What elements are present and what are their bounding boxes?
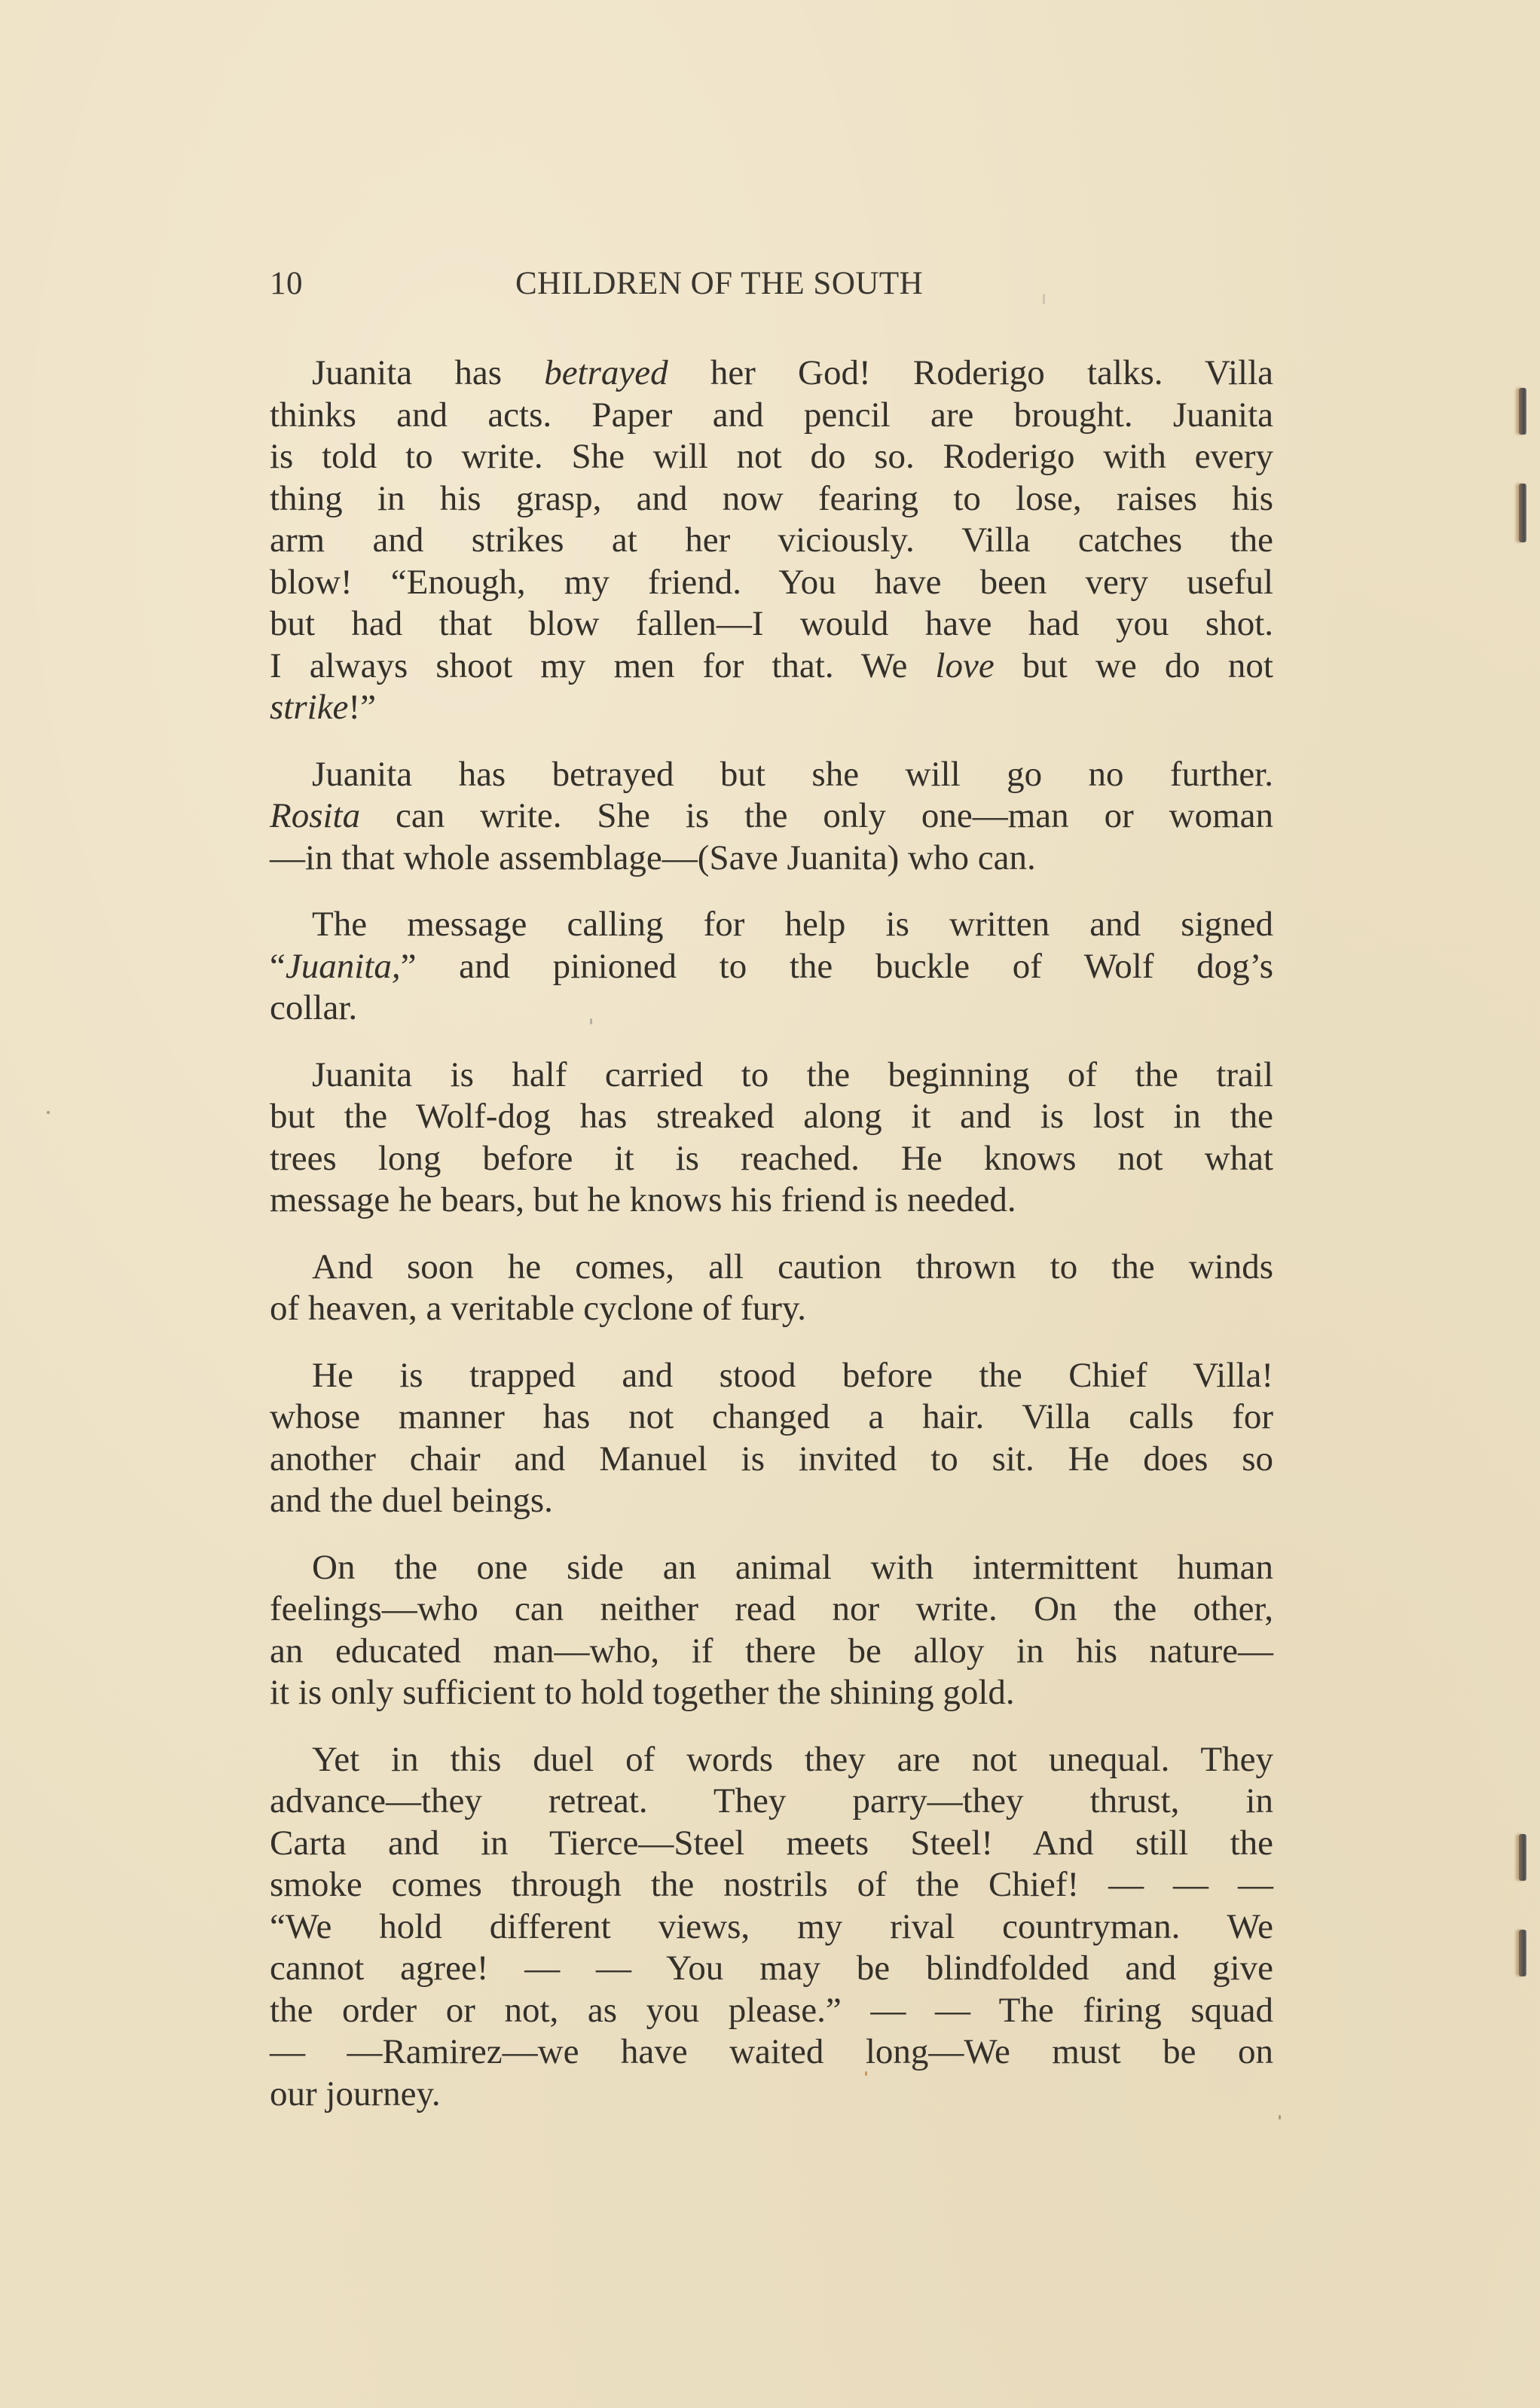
paragraph: And soon he comes, all caution thrown to… — [270, 1247, 1273, 1330]
italic-text: betrayed — [544, 353, 668, 392]
staple-mark — [1519, 1930, 1526, 1976]
paragraph: He is trapped and stood before the Chief… — [270, 1355, 1273, 1522]
text-line: whose manner has not changed a hair. Vil… — [270, 1396, 1273, 1439]
text-line: but had that blow fallen—I would have ha… — [270, 603, 1273, 645]
text-line: blow! “Enough, my friend. You have been … — [270, 562, 1273, 604]
italic-text: Rosita — [270, 796, 360, 835]
text-run: thing in his grasp, and now fearing to l… — [270, 479, 1273, 518]
paper-speck — [1279, 2115, 1281, 2120]
paper-speck — [865, 2071, 867, 2076]
text-run: but we do not — [995, 646, 1273, 685]
paragraph: Juanita has betrayed but she will go no … — [270, 754, 1273, 880]
text-line: On the one side an animal with intermitt… — [270, 1547, 1273, 1589]
italic-text: Juanita, — [286, 947, 401, 986]
text-run: cannot agree! — — You may be blindfolded… — [270, 1949, 1273, 1988]
text-run: collar. — [270, 988, 357, 1027]
text-line: is told to write. She will not do so. Ro… — [270, 436, 1273, 478]
text-line: Carta and in Tierce—Steel meets Steel! A… — [270, 1823, 1273, 1865]
text-line: Rosita can write. She is the only one—ma… — [270, 795, 1273, 838]
text-line: trees long before it is reached. He know… — [270, 1138, 1273, 1180]
text-line: and the duel beings. — [270, 1480, 1273, 1522]
text-run: And soon he comes, all caution thrown to… — [312, 1247, 1273, 1286]
text-line: advance—they retreat. They parry—they th… — [270, 1781, 1273, 1823]
text-run: feelings—who can neither read nor write.… — [270, 1589, 1273, 1628]
text-line: “We hold different views, my rival count… — [270, 1906, 1273, 1949]
staple-mark — [1519, 388, 1526, 435]
book-title: CHILDREN OF THE SOUTH — [515, 265, 923, 302]
paragraph: Juanita has betrayed her God! Roderigo t… — [270, 353, 1273, 729]
text-run: He is trapped and stood before the Chief… — [312, 1356, 1273, 1395]
italic-text: love — [935, 646, 994, 685]
text-line: strike!” — [270, 687, 1273, 729]
text-line: Yet in this duel of words they are not u… — [270, 1739, 1273, 1781]
running-head: 10 CHILDREN OF THE SOUTH — [270, 265, 1068, 310]
text-line: of heaven, a veritable cyclone of fury. — [270, 1288, 1273, 1330]
text-run: Juanita is half carried to the beginning… — [312, 1055, 1273, 1094]
text-run: “We hold different views, my rival count… — [270, 1907, 1273, 1946]
text-line: message he bears, but he knows his frien… — [270, 1180, 1273, 1222]
text-run: her God! Roderigo talks. Villa — [668, 353, 1273, 392]
page-number: 10 — [270, 265, 303, 302]
text-run: can write. She is the only one—man or wo… — [360, 796, 1273, 835]
text-run: thinks and acts. Paper and pencil are br… — [270, 395, 1273, 435]
text-line: And soon he comes, all caution thrown to… — [270, 1247, 1273, 1289]
text-run: “ — [270, 947, 286, 986]
text-run: advance—they retreat. They parry—they th… — [270, 1781, 1273, 1820]
text-line: thing in his grasp, and now fearing to l… — [270, 478, 1273, 520]
text-line: Juanita has betrayed her God! Roderigo t… — [270, 353, 1273, 395]
text-run: — —Ramirez—we have waited long—We must b… — [270, 2032, 1273, 2071]
text-line: feelings—who can neither read nor write.… — [270, 1589, 1273, 1631]
text-line: but the Wolf-dog has streaked along it a… — [270, 1096, 1273, 1138]
paper-speck — [1043, 294, 1045, 304]
text-run: I always shoot my men for that. We — [270, 646, 935, 685]
text-run: arm and strikes at her viciously. Villa … — [270, 520, 1273, 560]
text-run: ” and pinioned to the buckle of Wolf dog… — [401, 947, 1273, 986]
text-run: but the Wolf-dog has streaked along it a… — [270, 1097, 1273, 1136]
text-line: an educated man—who, if there be alloy i… — [270, 1631, 1273, 1673]
text-run: —in that whole assemblage—(Save Juanita)… — [270, 838, 1036, 877]
text-line: He is trapped and stood before the Chief… — [270, 1355, 1273, 1397]
text-run: and the duel beings. — [270, 1481, 553, 1520]
text-run: The message calling for help is written … — [312, 905, 1273, 944]
text-line: “Juanita,” and pinioned to the buckle of… — [270, 946, 1273, 988]
scanned-book-page: 10 CHILDREN OF THE SOUTH Juanita has bet… — [0, 0, 1540, 2408]
text-run: of heaven, a veritable cyclone of fury. — [270, 1289, 806, 1328]
text-run: but had that blow fallen—I would have ha… — [270, 604, 1273, 643]
text-line: another chair and Manuel is invited to s… — [270, 1439, 1273, 1481]
text-run: is told to write. She will not do so. Ro… — [270, 437, 1273, 476]
text-run: whose manner has not changed a hair. Vil… — [270, 1397, 1273, 1436]
text-line: The message calling for help is written … — [270, 904, 1273, 946]
paper-speck — [590, 1018, 592, 1024]
text-run: it is only sufficient to hold together t… — [270, 1673, 1015, 1712]
text-run: Carta and in Tierce—Steel meets Steel! A… — [270, 1824, 1273, 1863]
text-run: message he bears, but he knows his frien… — [270, 1180, 1016, 1219]
text-line: collar. — [270, 987, 1273, 1030]
text-line: arm and strikes at her viciously. Villa … — [270, 520, 1273, 562]
staple-mark — [1519, 484, 1526, 542]
text-run: Juanita has — [312, 353, 544, 392]
body-text: Juanita has betrayed her God! Roderigo t… — [270, 353, 1273, 2140]
text-line: it is only sufficient to hold together t… — [270, 1672, 1273, 1714]
paragraph: Juanita is half carried to the beginning… — [270, 1054, 1273, 1222]
paper-speck — [47, 1111, 50, 1114]
text-run: !” — [348, 688, 376, 727]
paragraph: On the one side an animal with intermitt… — [270, 1547, 1273, 1714]
text-line: Juanita is half carried to the beginning… — [270, 1054, 1273, 1097]
text-run: another chair and Manuel is invited to s… — [270, 1439, 1273, 1479]
text-line: I always shoot my men for that. We love … — [270, 645, 1273, 688]
text-run: blow! “Enough, my friend. You have been … — [270, 563, 1273, 602]
text-run: smoke comes through the nostrils of the … — [270, 1865, 1273, 1904]
text-run: Yet in this duel of words they are not u… — [312, 1740, 1273, 1779]
text-run: our journey. — [270, 2074, 441, 2113]
text-line: Juanita has betrayed but she will go no … — [270, 754, 1273, 796]
text-line: our journey. — [270, 2074, 1273, 2116]
text-line: —in that whole assemblage—(Save Juanita)… — [270, 838, 1273, 880]
text-run: an educated man—who, if there be alloy i… — [270, 1631, 1273, 1671]
paragraph: The message calling for help is written … — [270, 904, 1273, 1030]
italic-text: strike — [270, 688, 348, 727]
text-run: Juanita has betrayed but she will go no … — [312, 755, 1273, 794]
text-run: the order or not, as you please.” — — Th… — [270, 1991, 1273, 2030]
paragraph: Yet in this duel of words they are not u… — [270, 1739, 1273, 2116]
text-run: trees long before it is reached. He know… — [270, 1139, 1273, 1178]
text-line: smoke comes through the nostrils of the … — [270, 1864, 1273, 1906]
text-run: On the one side an animal with intermitt… — [312, 1548, 1273, 1587]
text-line: thinks and acts. Paper and pencil are br… — [270, 395, 1273, 437]
text-line: — —Ramirez—we have waited long—We must b… — [270, 2031, 1273, 2074]
text-line: cannot agree! — — You may be blindfolded… — [270, 1948, 1273, 1990]
staple-mark — [1519, 1834, 1526, 1881]
text-line: the order or not, as you please.” — — Th… — [270, 1990, 1273, 2032]
